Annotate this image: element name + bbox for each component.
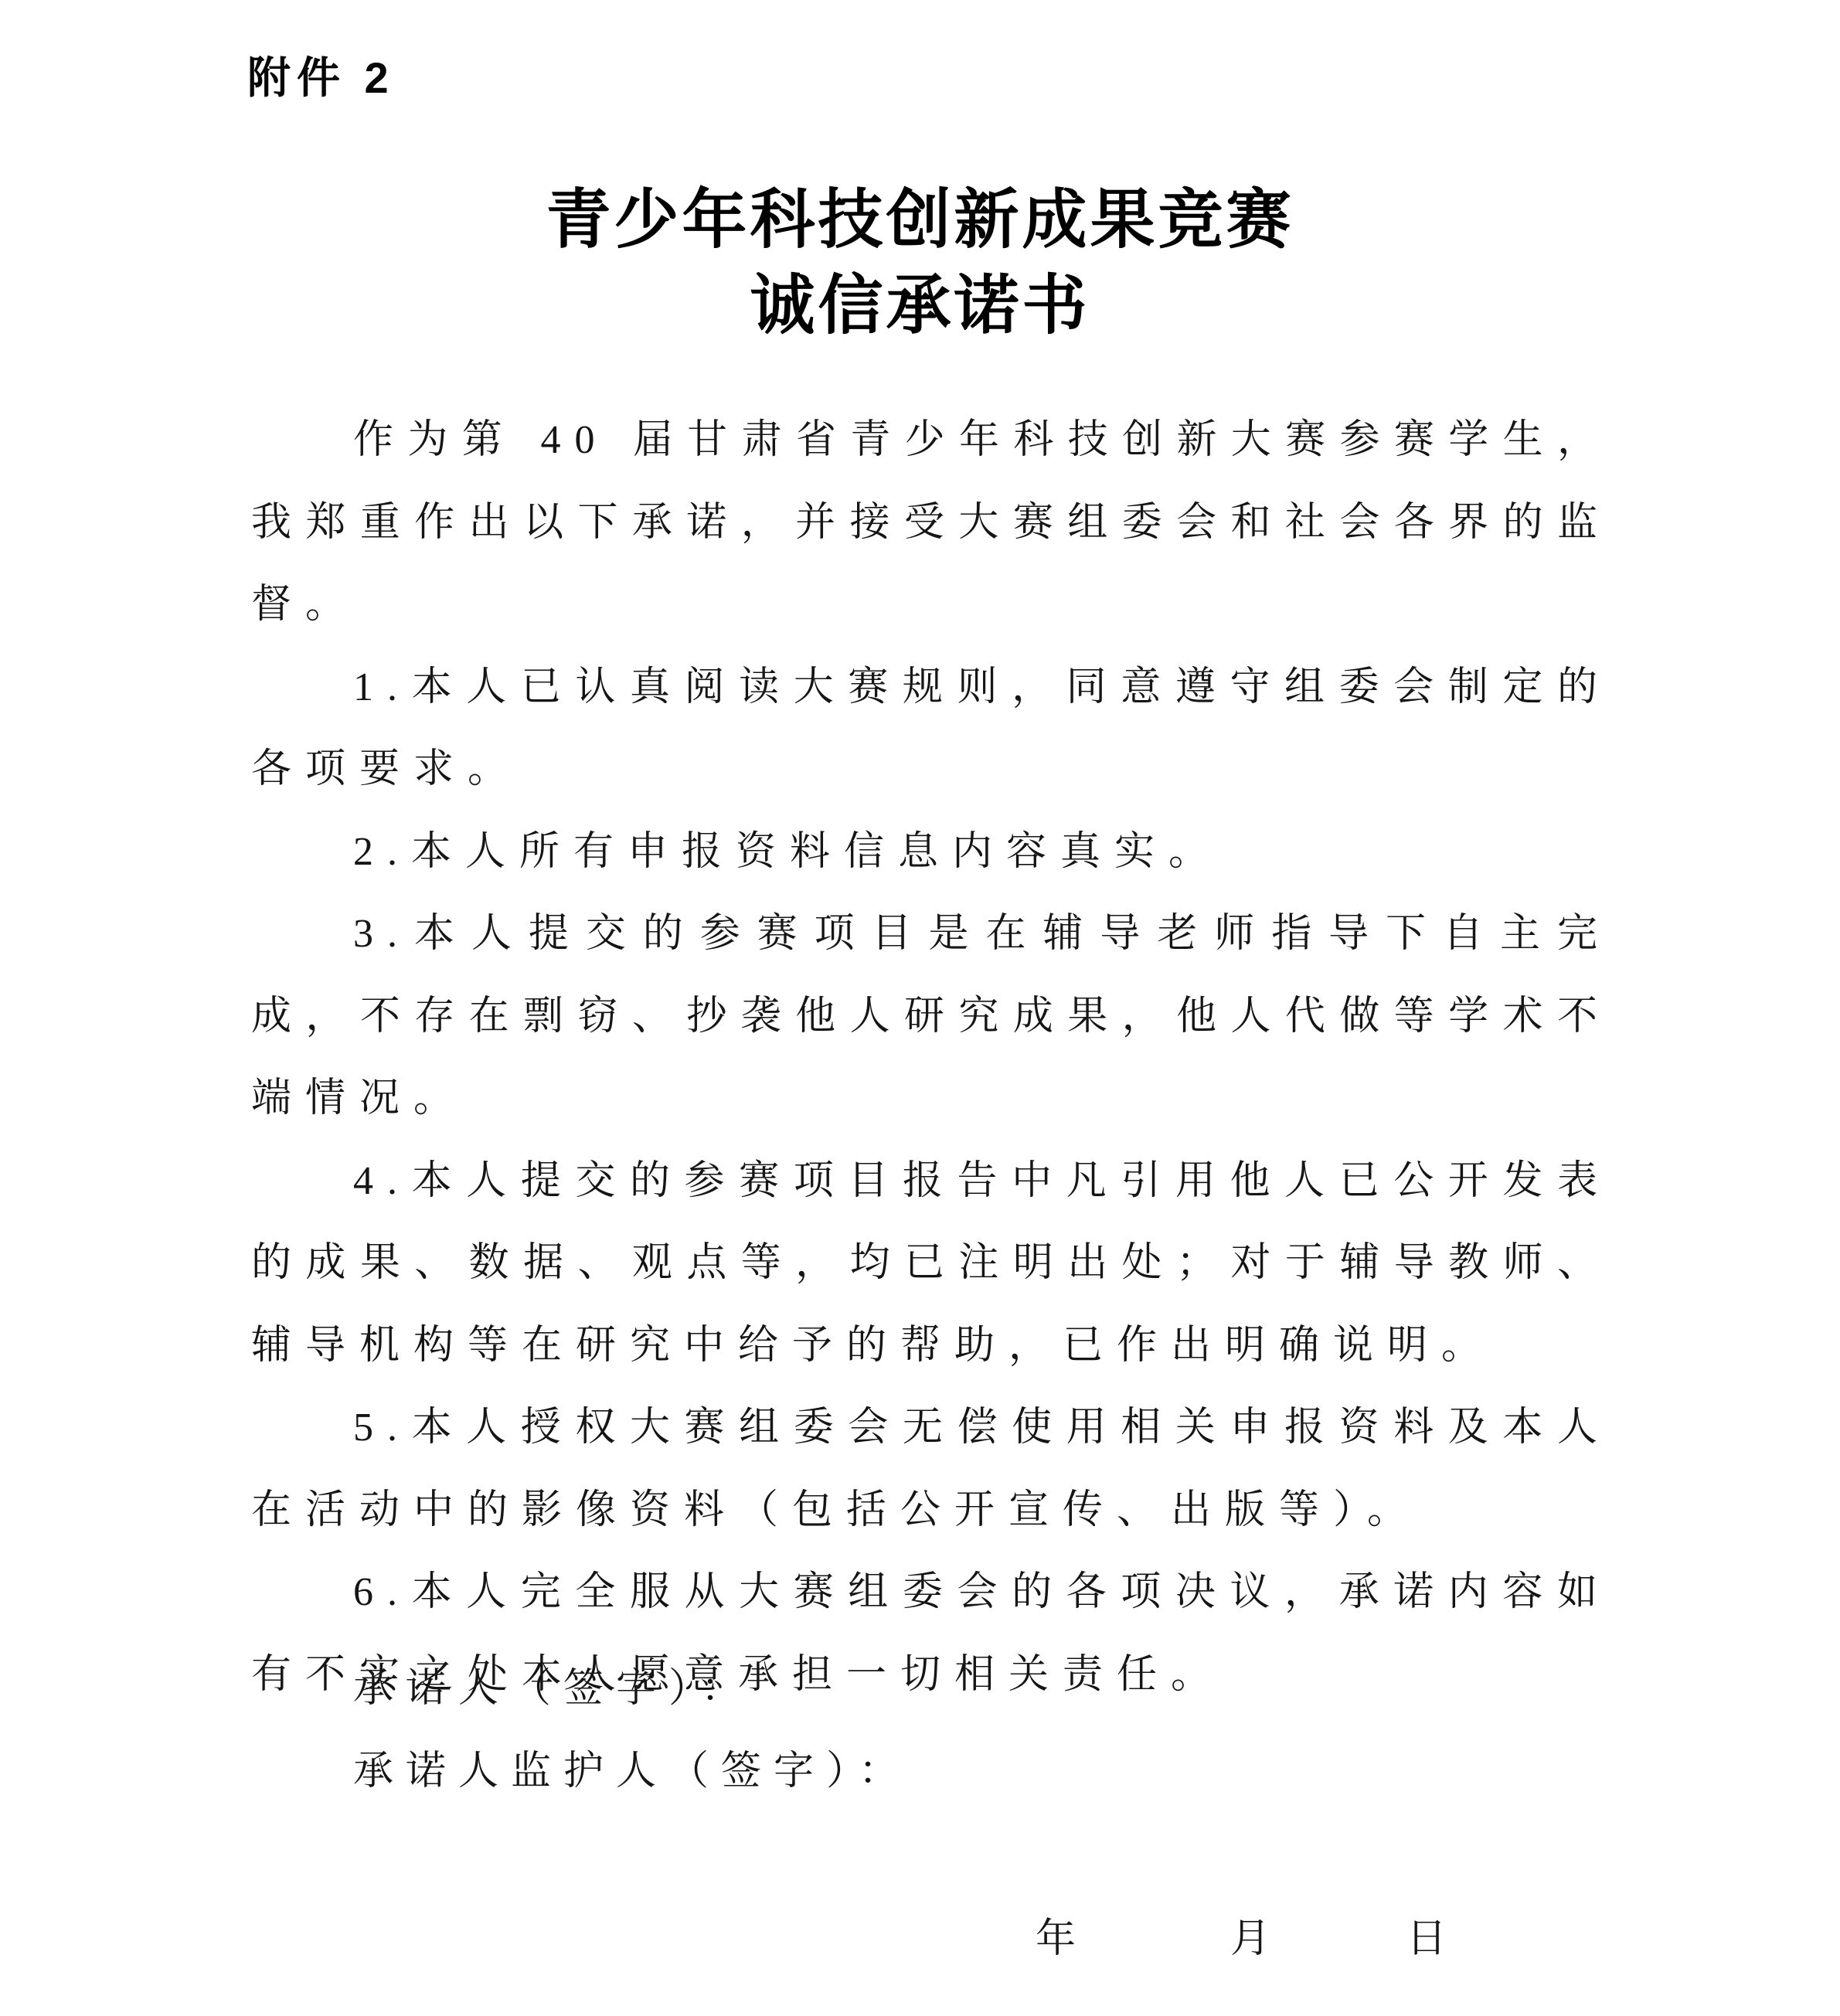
date-month-label: 月 <box>1230 1899 1270 1981</box>
date-day-label: 日 <box>1406 1899 1447 1981</box>
title-line-1: 青少年科技创新成果竞赛 <box>0 178 1840 263</box>
document-body: 作为第 40 届甘肃省青少年科技创新大赛参赛学生，我郑重作出以下承诺，并接受大赛… <box>251 399 1611 1716</box>
document-page: 附件 2 青少年科技创新成果竞赛 诚信承诺书 作为第 40 届甘肃省青少年科技创… <box>0 0 1840 2016</box>
guardian-signature-line: 承诺人监护人（签字）： <box>353 1731 911 1814</box>
body-paragraph-item-5: 5.本人授权大赛组委会无偿使用相关申报资料及本人在活动中的影像资料（包括公开宣传… <box>251 1387 1611 1552</box>
attachment-label: 附件 2 <box>247 54 395 102</box>
body-paragraph-intro: 作为第 40 届甘肃省青少年科技创新大赛参赛学生，我郑重作出以下承诺，并接受大赛… <box>251 399 1611 647</box>
body-paragraph-item-2: 2.本人所有申报资料信息内容真实。 <box>251 811 1611 894</box>
document-title: 青少年科技创新成果竞赛 诚信承诺书 <box>0 178 1840 349</box>
title-line-2: 诚信承诺书 <box>0 263 1840 349</box>
body-paragraph-item-1: 1.本人已认真阅读大赛规则，同意遵守组委会制定的各项要求。 <box>251 647 1611 811</box>
body-paragraph-item-3: 3.本人提交的参赛项目是在辅导老师指导下自主完成，不存在剽窃、抄袭他人研究成果，… <box>251 893 1611 1141</box>
date-line: 年 月 日 <box>1036 1899 1447 1981</box>
date-year-label: 年 <box>1036 1899 1076 1981</box>
body-paragraph-item-4: 4.本人提交的参赛项目报告中凡引用他人已公开发表的成果、数据、观点等，均已注明出… <box>251 1141 1611 1388</box>
signer-signature-line: 承诺人（签字）： <box>353 1648 753 1731</box>
